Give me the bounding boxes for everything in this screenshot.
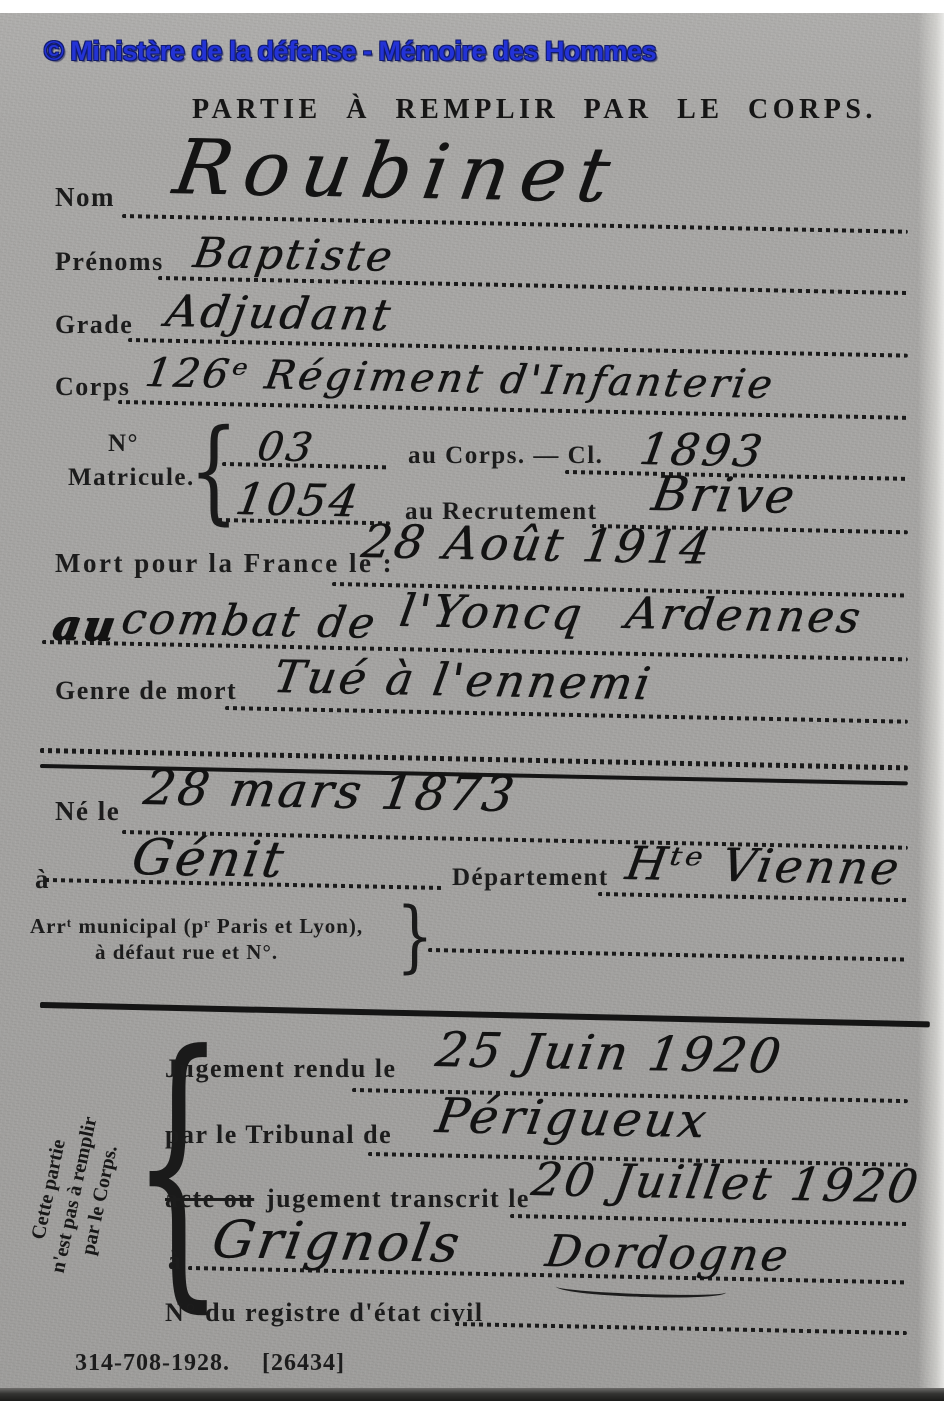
handwritten-ne-lieu: Génit: [128, 828, 290, 889]
field-label-tribunal: par le Tribunal de: [165, 1120, 392, 1150]
matricule-brace-icon: {: [189, 424, 239, 519]
field-label-jugement-a: à: [168, 1246, 183, 1276]
field-label-acte-ou-struck: acte ou: [165, 1184, 254, 1214]
field-label-departement: Département: [452, 864, 609, 892]
handwritten-mort-date: 28 Août 1914: [358, 514, 716, 575]
handwritten-ne-dept: Hᵗᵉ Vienne: [622, 836, 905, 895]
footer-series-number: [26434]: [262, 1350, 345, 1377]
footer-print-reference: 314-708-1928.: [75, 1350, 230, 1377]
field-label-au-corps-cl: au Corps. — Cl.: [408, 442, 603, 470]
handwritten-prenoms: Baptiste: [190, 228, 398, 281]
scan-bottom-edge: [0, 1388, 944, 1401]
field-label-grade: Grade: [55, 310, 133, 340]
paper-right-edge: [918, 13, 944, 1389]
field-label-matricule: Matricule.: [68, 464, 195, 492]
field-label-nom: Nom: [55, 182, 115, 213]
handwritten-combat-dept: Ardennes: [622, 588, 866, 643]
handwritten-grade: Adjudant: [162, 286, 396, 341]
handwritten-recrutement-place: Brive: [648, 466, 801, 525]
handwritten-combat-de: combat de: [118, 594, 381, 649]
handwritten-transcrit-date: 20 Juillet 1920: [528, 1152, 924, 1213]
field-label-ne-le: Né le: [55, 796, 120, 827]
handwritten-tribunal: Périgueux: [432, 1088, 713, 1149]
field-label-mort: Mort pour la France le :: [55, 548, 394, 579]
page-title: PARTIE À REMPLIR PAR LE CORPS.: [192, 94, 877, 126]
field-label-registre: N° du registre d'état civil: [165, 1298, 484, 1328]
handwritten-ne-date: 28 mars 1873: [140, 760, 520, 823]
field-label-matricule-no: N°: [108, 430, 139, 458]
field-label-prenoms: Prénoms: [55, 247, 164, 277]
field-label-transcrit: jugement transcrit le: [266, 1184, 530, 1214]
watermark-text: © Ministère de la défense - Mémoire des …: [44, 36, 656, 67]
handwritten-combat-au: au: [50, 600, 122, 650]
document-page: © Ministère de la défense - Mémoire des …: [0, 0, 944, 1417]
field-label-genre: Genre de mort: [55, 676, 237, 706]
handwritten-jugement-dept: Dordogne: [542, 1226, 794, 1282]
handwritten-matricule-corps: 03: [254, 424, 318, 471]
handwritten-genre: Tué à l'ennemi: [270, 650, 657, 710]
arrondissement-brace-icon: }: [396, 904, 433, 970]
handwritten-combat-lieu: l'Yoncq: [396, 584, 588, 640]
handwritten-nom: Roubinet: [168, 122, 627, 219]
field-label-jugement-rendu: Jugement rendu le: [165, 1054, 397, 1084]
handwritten-matricule-recrutement: 1054: [232, 474, 364, 527]
field-label-arrondissement-1: Arrᵗ municipal (pʳ Paris et Lyon),: [30, 914, 363, 939]
field-label-corps: Corps: [55, 372, 130, 402]
handwritten-jugement-date: 25 Juin 1920: [432, 1022, 787, 1084]
field-label-arrondissement-2: à défaut rue et N°.: [95, 940, 278, 965]
handwritten-jugement-lieu: Grignols: [208, 1210, 466, 1275]
